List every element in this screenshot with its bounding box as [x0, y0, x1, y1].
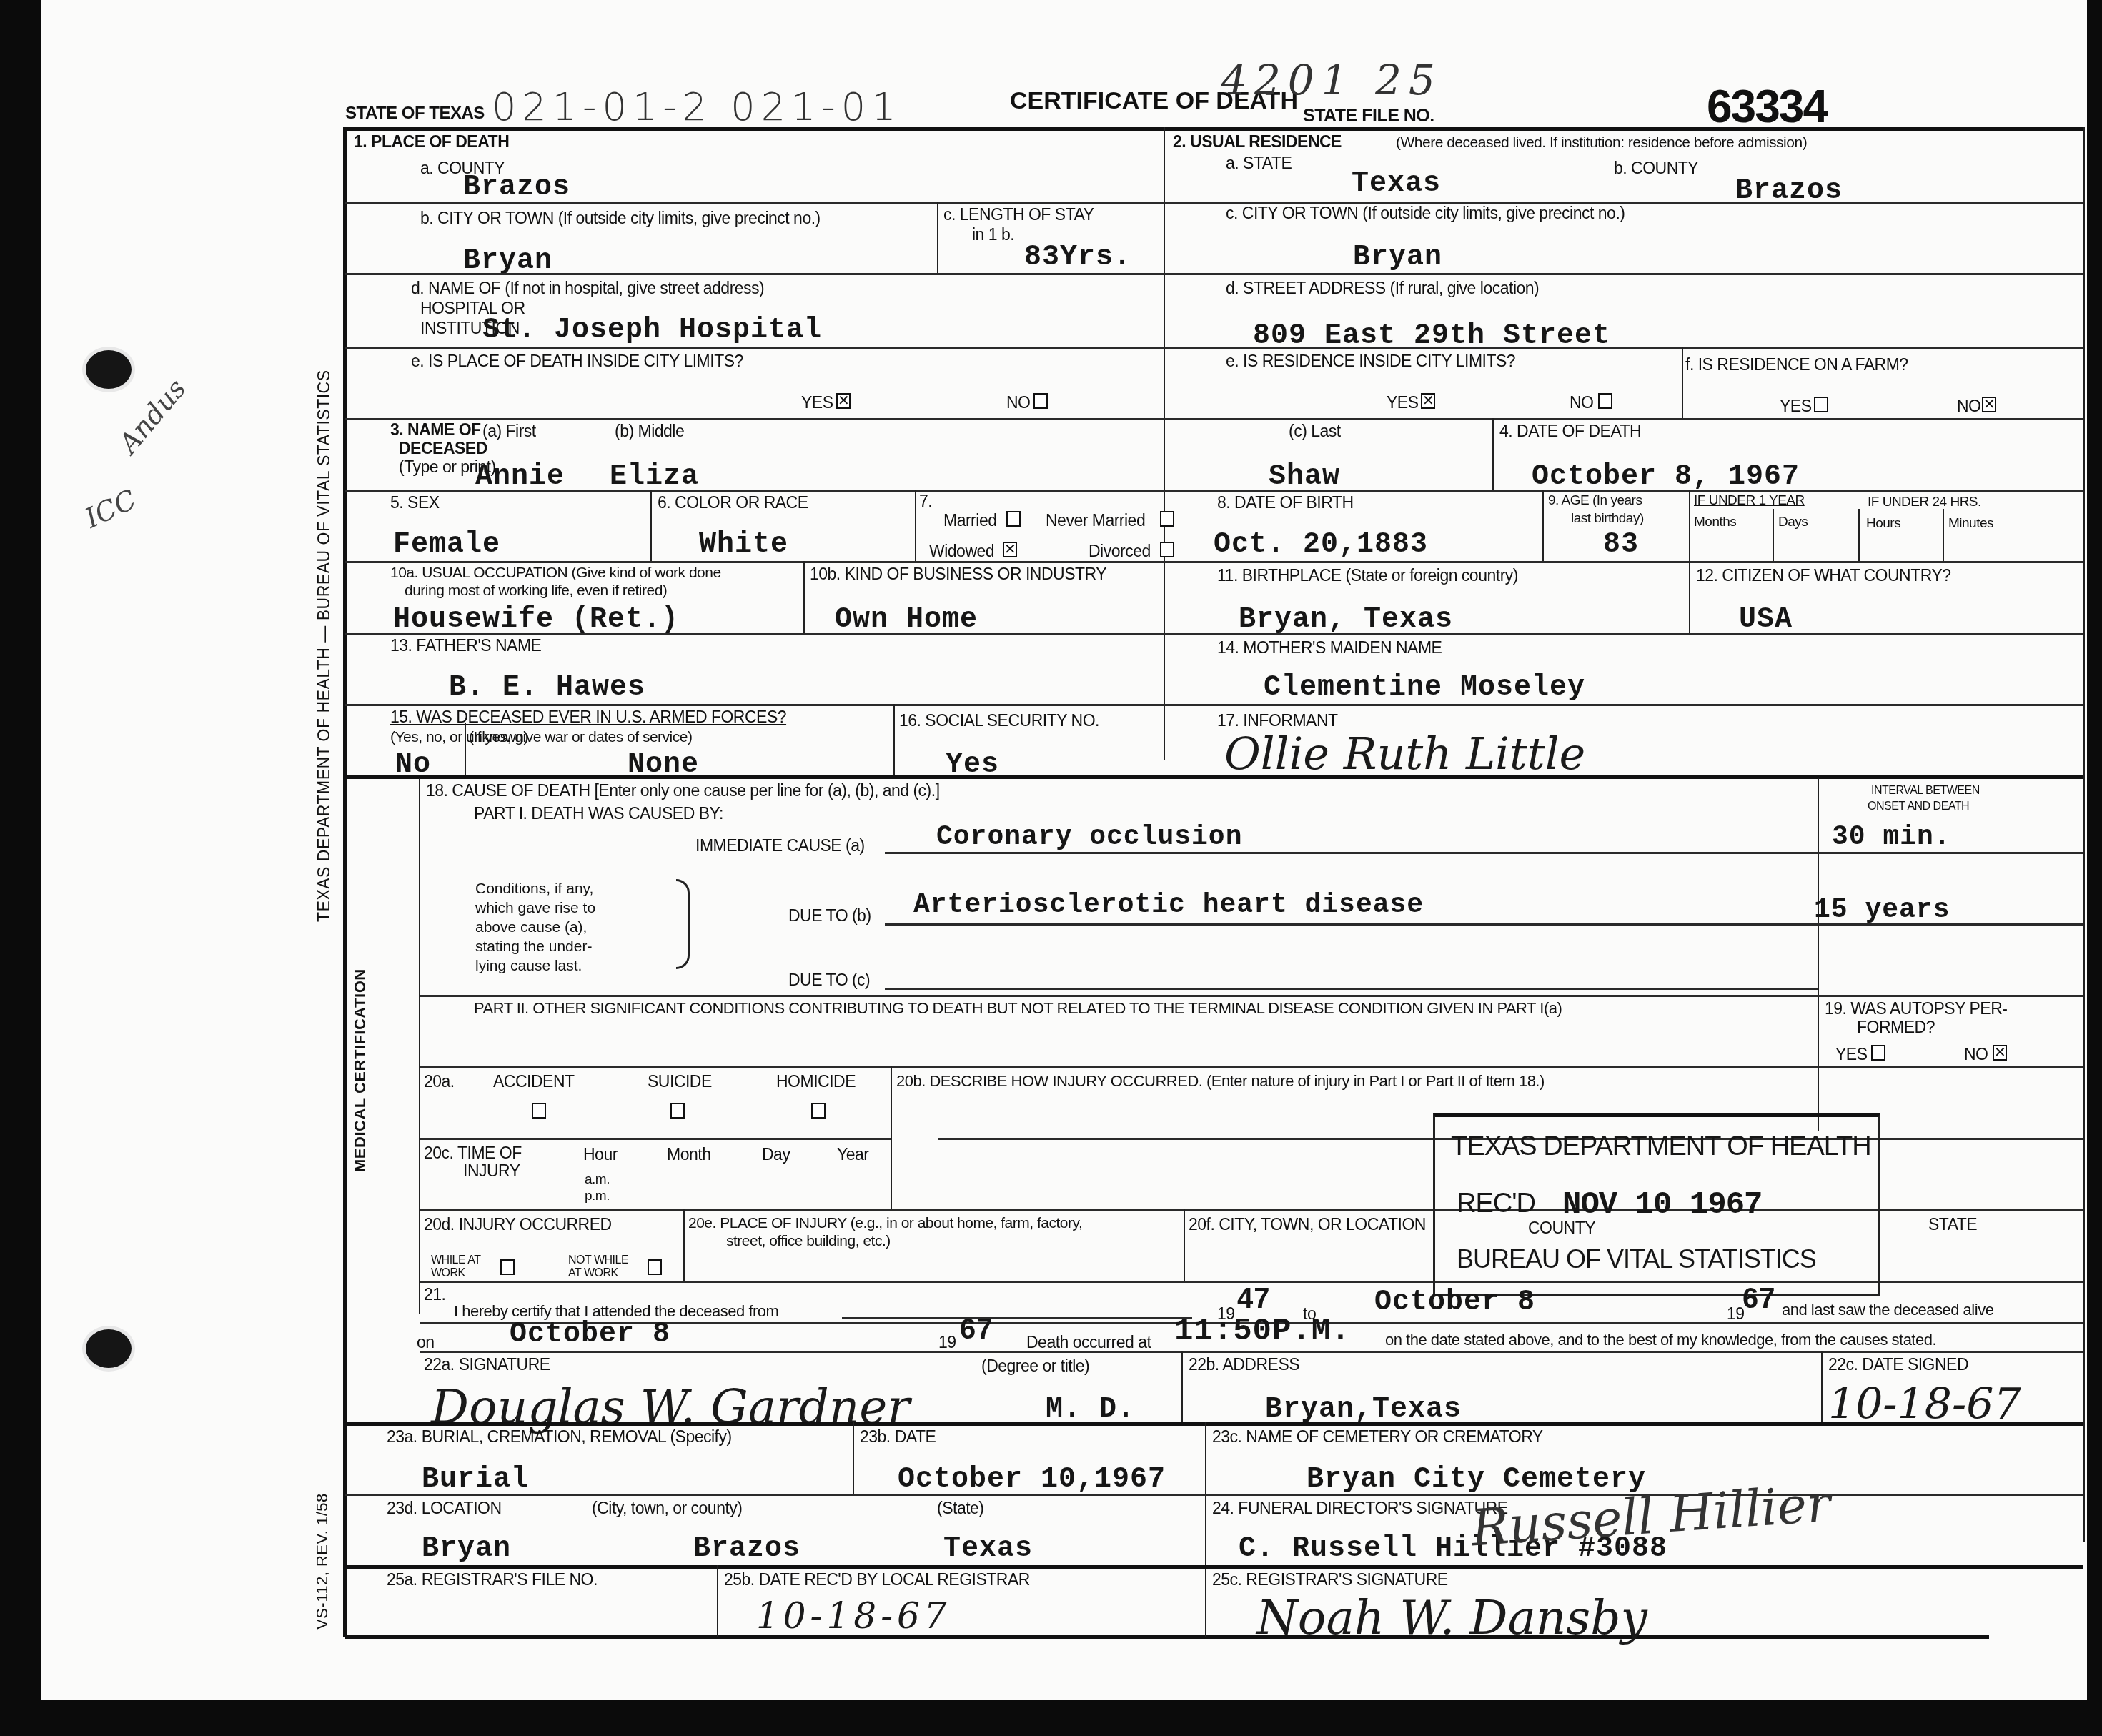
pod-stay-value: 83Yrs.: [1024, 242, 1131, 274]
margin-note-code: ICC: [80, 484, 141, 535]
ssn-label: 16. SOCIAL SECURITY NO.: [899, 711, 1099, 730]
location-label: 23d. LOCATION: [387, 1499, 502, 1517]
to-year-value: 67: [1742, 1283, 1776, 1315]
rule: [1858, 509, 1860, 561]
from-year-value: 47: [1237, 1283, 1271, 1315]
res-farm-yes-label: YES: [1780, 397, 1812, 415]
margin-note-name: Andus: [113, 373, 192, 459]
suicide-checkbox[interactable]: [670, 1103, 685, 1119]
year-label: Year: [837, 1145, 868, 1164]
rule: [345, 347, 2083, 349]
marital-label: 7.: [919, 492, 932, 510]
rule: [885, 988, 1818, 990]
binder-hole-top: [86, 350, 132, 389]
address-value: Bryan,Texas: [1265, 1394, 1462, 1426]
pod-hospital-value: St. Joseph Hospital: [482, 314, 822, 347]
rule: [842, 1317, 1192, 1319]
pod-city-label: b. CITY OR TOWN (If outside city limits,…: [420, 209, 821, 227]
conditions-note: Conditions, if any, which gave rise to a…: [475, 879, 595, 976]
registrar-file-label: 25a. REGISTRAR'S FILE NO.: [387, 1570, 598, 1589]
res-inside-limits-label: e. IS RESIDENCE INSIDE CITY LIMITS?: [1226, 352, 1515, 370]
certification-item-label: 21.: [424, 1285, 445, 1304]
informant-signature: Ollie Ruth Little: [1224, 728, 1585, 780]
minutes-label: Minutes: [1948, 516, 1993, 532]
degree-value: M. D.: [1046, 1394, 1135, 1426]
pod-county-value: Brazos: [463, 172, 570, 204]
conditions-note-line: stating the under-: [475, 937, 595, 956]
name-of-deceased-label: 3. NAME OF: [390, 420, 481, 439]
due-to-b-value: Arteriosclerotic heart disease: [913, 890, 1424, 921]
immediate-interval-value: 30 min.: [1832, 822, 1951, 853]
last-name-label: (c) Last: [1289, 422, 1341, 440]
rule: [1492, 418, 1494, 490]
autopsy-label-2: FORMED?: [1857, 1018, 1935, 1036]
burial-date-label: 23b. DATE: [860, 1427, 936, 1446]
marital-widowed-checkbox[interactable]: ✕: [1003, 542, 1017, 557]
pm-label: p.m.: [585, 1189, 610, 1204]
marital-never-married-checkbox[interactable]: [1160, 511, 1174, 527]
place-of-injury-label-2: street, office building, etc.): [726, 1233, 891, 1250]
rule: [1542, 490, 1544, 561]
rule: [915, 490, 916, 561]
burial-label: 23a. BURIAL, CREMATION, REMOVAL (Specify…: [387, 1427, 732, 1446]
father-label: 13. FATHER'S NAME: [390, 636, 541, 655]
res-farm-label: f. IS RESIDENCE ON A FARM?: [1685, 355, 1908, 374]
dob-label: 8. DATE OF BIRTH: [1217, 493, 1354, 512]
on-year-value: 67: [960, 1314, 993, 1346]
citizen-value: USA: [1739, 604, 1793, 636]
burial-value: Burial: [422, 1464, 529, 1496]
describe-injury-label: 20b. DESCRIBE HOW INJURY OCCURRED. (Ente…: [896, 1072, 1545, 1090]
res-county-label: b. COUNTY: [1614, 159, 1698, 177]
left-border: [343, 127, 347, 1637]
month-label: Month: [667, 1145, 710, 1164]
brace-icon: [676, 879, 690, 969]
registrar-date-value: 10-18-67: [756, 1595, 951, 1637]
rule: [683, 1209, 685, 1281]
pod-stay-label: c. LENGTH OF STAY: [943, 205, 1094, 224]
not-while-at-work-checkbox[interactable]: [648, 1259, 662, 1275]
stamp-line-1: TEXAS DEPARTMENT OF HEALTH: [1451, 1131, 1871, 1162]
pod-hospital-label: d. NAME OF (If not in hospital, give str…: [411, 279, 764, 297]
rule: [717, 1565, 718, 1637]
hour-label: Hour: [583, 1145, 618, 1164]
business-label: 10b. KIND OF BUSINESS OR INDUSTRY: [810, 565, 1106, 583]
date-signed-label: 22c. DATE SIGNED: [1828, 1355, 1968, 1374]
marital-divorced-checkbox[interactable]: [1160, 542, 1174, 557]
usual-residence-label: 2. USUAL RESIDENCE: [1173, 132, 1342, 151]
rule: [345, 1565, 2083, 1569]
registrar-date-label: 25b. DATE REC'D BY LOCAL REGISTRAR: [724, 1570, 1030, 1589]
rule: [345, 633, 2083, 635]
race-value: White: [699, 529, 788, 561]
rule: [937, 202, 938, 273]
stamp-line-3: BUREAU OF VITAL STATISTICS: [1457, 1244, 1816, 1274]
res-no-label: NO: [1570, 393, 1594, 412]
autopsy-no-checkbox[interactable]: ✕: [1993, 1045, 2007, 1061]
last-saw-text: and last saw the deceased alive: [1782, 1301, 1993, 1319]
time-of-injury-label: 20c. TIME OF: [424, 1144, 522, 1162]
immediate-cause-value: Coronary occlusion: [936, 822, 1242, 853]
sex-label: 5. SEX: [390, 493, 440, 512]
occupation-label-2: during most of working life, even if ret…: [405, 582, 667, 600]
autopsy-yes-checkbox[interactable]: [1871, 1045, 1885, 1061]
binder-hole-bottom: [86, 1329, 132, 1368]
medical-certification-side-label: MEDICAL CERTIFICATION: [351, 968, 370, 1172]
birthplace-value: Bryan, Texas: [1239, 604, 1453, 636]
date-of-death-label: 4. DATE OF DEATH: [1499, 422, 1641, 440]
autopsy-no-label: NO: [1964, 1045, 1988, 1063]
marital-married-checkbox[interactable]: [1006, 511, 1021, 527]
birthplace-label: 11. BIRTHPLACE (State or foreign country…: [1217, 566, 1518, 585]
location-state-label: (State): [937, 1499, 984, 1517]
pod-stay-label-2: in 1 b.: [972, 225, 1014, 244]
last-name-value: Shaw: [1269, 461, 1340, 493]
right-border: [2083, 127, 2085, 1542]
injury-state-label: STATE: [1928, 1215, 1977, 1234]
state-file-number: 63334: [1707, 80, 1827, 133]
while-at-work-label: WHILE AT WORK: [431, 1254, 481, 1281]
res-inside-limits-yes-checkbox[interactable]: ✕: [1421, 393, 1435, 409]
due-to-b-interval-value: 15 years: [1814, 895, 1950, 926]
handwritten-code: 021-01-2 021-01: [492, 84, 902, 129]
rule: [345, 704, 2083, 706]
father-value: B. E. Hawes: [449, 672, 645, 704]
state-file-no-label: STATE FILE NO.: [1303, 106, 1434, 127]
rule: [465, 723, 466, 777]
not-while-at-work-label: NOT WHILE AT WORK: [568, 1254, 633, 1281]
injury-city-label: 20f. CITY, TOWN, OR LOCATION: [1189, 1215, 1426, 1234]
rule: [345, 1422, 2083, 1426]
due-to-b-label: DUE TO (b): [788, 906, 871, 925]
location-county-value: Brazos: [693, 1533, 800, 1565]
sex-value: Female: [393, 529, 500, 561]
on-century: 19: [938, 1333, 956, 1351]
marital-divorced-label: Divorced: [1089, 542, 1151, 560]
rule: [853, 1422, 854, 1494]
res-farm-yes-checkbox[interactable]: [1814, 397, 1828, 412]
place-of-death-label: 1. PLACE OF DEATH: [354, 132, 509, 151]
location-state-value: Texas: [943, 1533, 1033, 1565]
res-county-value: Brazos: [1735, 175, 1843, 207]
middle-name-label: (b) Middle: [615, 422, 684, 440]
pod-no-label: NO: [1006, 393, 1031, 412]
pod-inside-limits-label: e. IS PLACE OF DEATH INSIDE CITY LIMITS?: [411, 352, 743, 370]
injury-occurred-label: 20d. INJURY OCCURRED: [424, 1215, 612, 1234]
rule: [345, 273, 2083, 275]
location-city-label: (City, town, or county): [592, 1499, 742, 1517]
first-name-label: (a) First: [482, 422, 536, 440]
death-occurred-at-label: Death occurred at: [1026, 1333, 1151, 1351]
res-state-value: Texas: [1352, 168, 1441, 200]
injury-20a-label: 20a.: [424, 1072, 455, 1091]
pod-inside-limits-no-checkbox[interactable]: [1033, 393, 1048, 409]
rule: [1689, 561, 1690, 633]
rule: [345, 561, 2083, 563]
autopsy-label: 19. WAS AUTOPSY PER-: [1825, 999, 2007, 1018]
funeral-director-label: 24. FUNERAL DIRECTOR'S SIGNATURE: [1212, 1499, 1508, 1517]
name-of-deceased-label-2: DECEASED: [399, 439, 487, 457]
due-to-c-label: DUE TO (c): [788, 971, 870, 989]
conditions-note-line: Conditions, if any,: [475, 879, 595, 898]
armed-forces-label: 15. WAS DECEASED EVER IN U.S. ARMED FORC…: [390, 708, 786, 726]
res-city-value: Bryan: [1353, 242, 1442, 274]
date-of-death-value: October 8, 1967: [1532, 461, 1800, 493]
months-label: Months: [1694, 515, 1736, 530]
mother-value: Clementine Moseley: [1264, 672, 1585, 704]
rule: [1205, 1422, 1206, 1637]
rule: [893, 704, 895, 775]
department-side-label: TEXAS DEPARTMENT OF HEALTH — BUREAU OF V…: [314, 369, 334, 922]
res-street-label: d. STREET ADDRESS (If rural, give locati…: [1226, 279, 1539, 297]
physician-signature: Douglas W. Gardner: [431, 1379, 910, 1434]
homicide-label: HOMICIDE: [776, 1072, 856, 1091]
days-label: Days: [1778, 515, 1808, 530]
usual-residence-note: (Where deceased lived. If institution: r…: [1396, 134, 1807, 152]
rule: [803, 561, 805, 633]
age-value: 83: [1603, 529, 1639, 561]
suicide-label: SUICIDE: [648, 1072, 712, 1091]
rule: [1943, 509, 1944, 561]
am-label: a.m.: [585, 1172, 610, 1188]
rule: [1184, 1209, 1185, 1281]
rule: [420, 1066, 2083, 1068]
occupation-value: Housewife (Ret.): [393, 604, 679, 636]
rule: [891, 1066, 892, 1209]
certificate-page: Andus ICC TEXAS DEPARTMENT OF HEALTH — B…: [41, 0, 2087, 1700]
res-state-label: a. STATE: [1226, 154, 1292, 172]
handwritten-annotation: 4201 25: [1221, 56, 1442, 104]
received-stamp: TEXAS DEPARTMENT OF HEALTH REC'D NOV 10 …: [1433, 1113, 1880, 1296]
certify-text: I hereby certify that I attended the dec…: [454, 1302, 778, 1320]
on-label: on: [417, 1333, 435, 1351]
part1-label: PART I. DEATH WAS CAUSED BY:: [474, 804, 723, 823]
age-label-2: last birthday): [1571, 511, 1644, 527]
to-date-value: October 8: [1374, 1286, 1535, 1319]
rule: [420, 1351, 2083, 1353]
res-city-label: c. CITY OR TOWN (If outside city limits,…: [1226, 204, 1625, 222]
accident-checkbox[interactable]: [532, 1103, 546, 1119]
res-farm-no-label: NO: [1957, 397, 1981, 415]
occupation-label: 10a. USUAL OCCUPATION (Give kind of work…: [390, 565, 721, 582]
middle-name-value: Eliza: [610, 461, 699, 493]
age-label: 9. AGE (In years: [1548, 493, 1642, 509]
cause-of-death-label: 18. CAUSE OF DEATH [Enter only one cause…: [426, 781, 940, 800]
rule: [420, 995, 2083, 997]
pod-yes-label: YES: [801, 393, 833, 412]
state-of-texas-label: STATE OF TEXAS: [345, 104, 485, 124]
homicide-checkbox[interactable]: [811, 1103, 826, 1119]
rule: [345, 490, 2083, 492]
address-label: 22b. ADDRESS: [1189, 1355, 1299, 1374]
conditions-note-line: above cause (a),: [475, 918, 595, 937]
while-at-work-checkbox[interactable]: [500, 1259, 515, 1275]
bottom-border: [345, 1635, 1989, 1639]
rule: [345, 418, 2083, 420]
interval-label-2: ONSET AND DEATH: [1868, 800, 1969, 813]
immediate-cause-label: IMMEDIATE CAUSE (a): [695, 836, 865, 855]
death-at-tail: on the date stated above, and to the bes…: [1385, 1331, 1936, 1349]
stamp-recd-label: REC'D: [1457, 1189, 1535, 1219]
conditions-note-line: lying cause last.: [475, 956, 595, 976]
rule: [1773, 509, 1774, 561]
center-divider-top: [1164, 127, 1165, 760]
to-century: 19: [1727, 1304, 1745, 1323]
business-value: Own Home: [835, 604, 978, 636]
race-label: 6. COLOR OR RACE: [658, 493, 808, 512]
on-date-value: October 8: [510, 1319, 670, 1351]
location-city-value: Bryan: [422, 1533, 511, 1565]
form-id-side-label: VS-112, REV. 1/58: [313, 1493, 332, 1630]
conditions-note-line: which gave rise to: [475, 898, 595, 918]
res-yes-label: YES: [1387, 393, 1419, 412]
under-1-year-label: IF UNDER 1 YEAR: [1694, 493, 1805, 509]
rule: [419, 778, 420, 1314]
rule: [345, 775, 2083, 779]
registrar-signature: Noah W. Dansby: [1256, 1590, 1647, 1645]
stamp-recd-date: NOV 10 1967: [1562, 1187, 1762, 1223]
citizen-label: 12. CITIZEN OF WHAT COUNTRY?: [1696, 566, 1951, 585]
res-inside-limits-no-checkbox[interactable]: [1598, 393, 1612, 409]
hours-label: Hours: [1866, 516, 1900, 532]
place-of-injury-label: 20e. PLACE OF INJURY (e.g., in or about …: [688, 1215, 1082, 1232]
res-street-value: 809 East 29th Street: [1253, 320, 1610, 352]
rule: [650, 490, 652, 561]
signature-label: 22a. SIGNATURE: [424, 1355, 550, 1374]
under-24-hrs-label: IF UNDER 24 HRS.: [1868, 495, 1981, 510]
rule: [1181, 1351, 1183, 1422]
rule: [1818, 778, 1819, 1131]
registrar-signature-label: 25c. REGISTRAR'S SIGNATURE: [1212, 1570, 1448, 1589]
marital-never-married-label: Never Married: [1046, 511, 1145, 530]
autopsy-yes-label: YES: [1835, 1045, 1868, 1063]
burial-date-value: October 10,1967: [898, 1464, 1166, 1496]
rule: [1821, 1351, 1823, 1422]
dob-value: Oct. 20,1883: [1214, 529, 1428, 561]
day-label: Day: [762, 1145, 790, 1164]
interval-label: INTERVAL BETWEEN: [1871, 785, 1980, 798]
mother-label: 14. MOTHER'S MAIDEN NAME: [1217, 638, 1442, 657]
death-time-value: 11:50P.M.: [1174, 1314, 1351, 1349]
time-of-injury-label-2: INJURY: [463, 1161, 520, 1180]
top-border: [345, 127, 2083, 131]
marital-widowed-label: Widowed: [929, 542, 994, 560]
cemetery-label: 23c. NAME OF CEMETERY OR CREMATORY: [1212, 1427, 1543, 1446]
rule: [1682, 347, 1683, 418]
pod-inside-limits-yes-checkbox[interactable]: ✕: [836, 393, 851, 409]
degree-label: (Degree or title): [981, 1356, 1089, 1375]
rule: [1689, 490, 1690, 561]
armed-war-label: (If yes, give war or dates of service): [469, 729, 692, 746]
first-name-value: Annie: [475, 461, 565, 493]
accident-label: ACCIDENT: [493, 1072, 575, 1091]
marital-married-label: Married: [943, 511, 996, 530]
res-farm-no-checkbox[interactable]: ✕: [1982, 397, 1996, 412]
rule: [420, 1138, 891, 1140]
part2-label: PART II. OTHER SIGNIFICANT CONDITIONS CO…: [474, 999, 1562, 1017]
